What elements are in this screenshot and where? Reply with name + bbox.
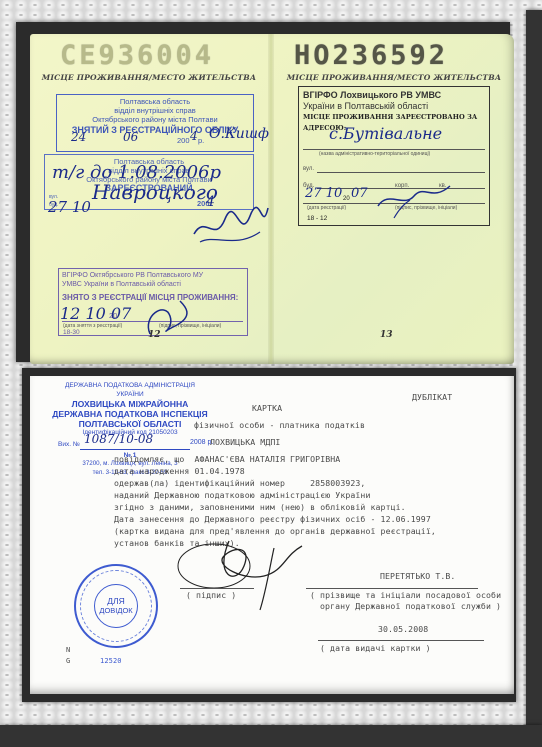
passport-page-left: СЕ936004 МІСЦЕ ПРОЖИВАННЯ/МЕСТО ЖИТЕЛЬСТ… — [30, 34, 268, 364]
body-line: одержав(ла) ідентифікаційний номер 28580… — [114, 478, 365, 488]
stamp-line: України в Полтавській області — [303, 101, 485, 112]
section-title: МІСЦЕ ПРОЖИВАННЯ/МЕСТО ЖИТЕЛЬСТВА — [30, 73, 268, 82]
issue-date-line — [318, 640, 484, 641]
signature-line — [180, 588, 254, 589]
stamp-line: УМВС України в Полтавській області — [62, 280, 247, 289]
outgoing-line — [80, 449, 190, 450]
body-line: (картка видана для пред'явлення до орган… — [114, 526, 436, 536]
official-label: органу Державної податкової служби ) — [320, 601, 501, 611]
stamp-line: ВГІРФО Октябрського РВ Полтавського МУ — [62, 271, 247, 280]
body-line: повідомляє, що АФАНАС'ЄВА НАТАЛІЯ ГРИГОР… — [114, 454, 340, 464]
section-title: МІСЦЕ ПРОЖИВАННЯ/МЕСТО ЖИТЕЛЬСТВА — [274, 73, 514, 82]
agency-line: ДЕРЖАВНА ПОДАТКОВА АДМІНІСТРАЦІЯ — [40, 382, 220, 391]
signature: О.Кишф — [209, 130, 269, 139]
serial-number: 12520 — [100, 657, 122, 665]
hand-year: 07 — [351, 189, 368, 198]
hand-month: 06 — [123, 133, 138, 142]
stamp-code: 18 - 12 — [307, 214, 327, 223]
official-seal: ДЛЯ ДОВІДОК — [74, 564, 158, 648]
page-number: 12 — [148, 330, 161, 340]
card-title: КАРТКА — [252, 403, 282, 413]
duplicate-label: ДУБЛІКАТ — [412, 392, 452, 402]
perforated-number: СЕ936004 — [60, 40, 214, 71]
passport-spread: СЕ936004 МІСЦЕ ПРОЖИВАННЯ/МЕСТО ЖИТЕЛЬСТ… — [30, 34, 514, 364]
body-line: дата народження 01.04.1978 — [114, 466, 245, 476]
taxpayer-card: ДЕРЖАВНА ПОДАТКОВА АДМІНІСТРАЦІЯ УКРАЇНИ… — [30, 376, 514, 694]
stamp-date-row: 24 06 200 4 р. О.Кишф — [57, 135, 253, 149]
label-street: вул. — [303, 165, 314, 174]
official-line — [306, 588, 478, 589]
serial-n: N — [66, 646, 70, 654]
official-label: ( прізвище та ініціали посадової особи — [310, 590, 501, 600]
hand-date: 27 10 — [305, 189, 342, 198]
hand-settlement: с.Бутівальне — [329, 129, 442, 138]
signature — [190, 204, 270, 254]
body-line: наданий Державною податковою адміністрац… — [114, 490, 371, 500]
perforated-number: НО236592 — [294, 40, 448, 71]
body-line: згідно з даними, заповненими ним (нею) в… — [114, 502, 406, 512]
settlement-label: (назва адміністративно-територіальної од… — [319, 150, 430, 159]
bottom-frame — [0, 725, 542, 747]
passport-page-right: НО236592 МІСЦЕ ПРОЖИВАННЯ/МЕСТО ЖИТЕЛЬСТ… — [274, 34, 514, 364]
signature — [174, 536, 314, 616]
hand-day: 24 — [71, 133, 86, 142]
page-number: 13 — [380, 330, 393, 340]
card-subtitle: фізичної особи - платника податків — [194, 420, 365, 430]
agency-line: ЛОХВИЦЬКА МІЖРАЙОННА — [40, 399, 220, 409]
outgoing-row: Вих. № 1087/10-08 2008 р. — [40, 438, 220, 452]
hand-year: 4 — [190, 132, 198, 141]
stamp-line: Октябрського району міста Полтави — [57, 115, 253, 124]
label-date: (дата реєстрації) — [307, 204, 346, 213]
serial-g: G — [66, 657, 70, 665]
passport-frame-right — [526, 10, 542, 747]
hand-line-3: 27 10 — [48, 198, 91, 216]
issue-date-label: ( дата видачі картки ) — [320, 643, 431, 653]
hand-line-2: Навроцкого — [92, 180, 218, 204]
agency-line: ДЕРЖАВНА ПОДАТКОВА ІНСПЕКЦІЯ — [40, 409, 220, 419]
outgoing-label: Вих. № — [58, 441, 80, 450]
issue-date: 30.05.2008 — [378, 624, 428, 634]
agency-line: УКРАЇНИ — [40, 391, 220, 400]
stamp-code: 18-30 — [63, 328, 80, 337]
signature — [374, 182, 454, 222]
seal-ring — [80, 570, 152, 642]
body-line: Дата занесення до Державного реєстру фіз… — [114, 514, 431, 524]
agency-line: ПОЛТАВСЬКОЇ ОБЛАСТІ — [40, 419, 220, 429]
street-line — [317, 172, 485, 173]
outgoing-number: 1087/10-08 — [84, 435, 153, 444]
deregistration-stamp: Полтавська область відділ внутрішніх спр… — [56, 94, 254, 152]
official-name: ПЕРЕТЯТЬКО Т.В. — [380, 571, 455, 581]
year-suffix: р. — [198, 136, 204, 145]
issuer: ЛОХВИЦЬКА МДПІ — [210, 437, 280, 447]
signature-label: ( підпис ) — [186, 590, 236, 600]
hand-date: 12 10 07 — [60, 304, 131, 323]
year-prefix: 200 — [177, 136, 190, 145]
stamp-line: ВГІРФО Лохвицького РВ УМВС — [303, 90, 485, 101]
stamp-line: Полтавська область — [57, 97, 253, 106]
stamp-line: відділ внутрішніх справ — [57, 106, 253, 115]
